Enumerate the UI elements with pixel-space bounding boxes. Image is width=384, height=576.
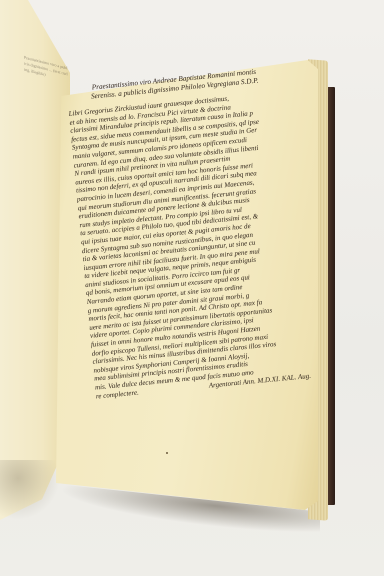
paper-speck [166, 452, 168, 454]
letter-body: Libri Gregorius Zirckiustud iaunt graues… [68, 89, 310, 392]
printed-text-block: Praestantissimo viro Andreae Baptistae R… [66, 65, 311, 400]
left-page-shadow [0, 460, 60, 520]
book-photo: Praestantissimo viro a publicis dignissi… [0, 0, 384, 576]
